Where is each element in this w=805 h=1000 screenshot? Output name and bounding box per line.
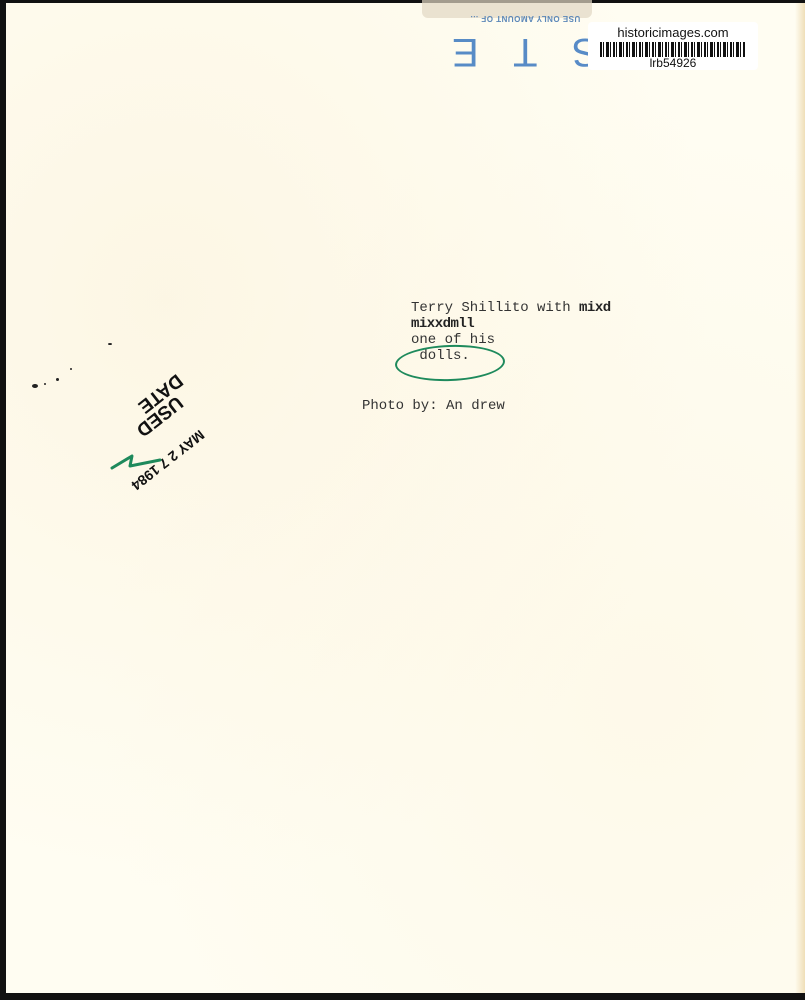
archive-barcode-label: historicimages.com lrb54926	[588, 22, 758, 70]
label-code: lrb54926	[588, 57, 758, 70]
handwritten-z-mark	[110, 448, 165, 473]
barcode-graphic	[600, 42, 746, 57]
ink-speck	[56, 378, 59, 381]
inverted-usage-stamp: USE ONLY AMOUNT OF ...	[470, 14, 580, 23]
struck-text: mixd	[579, 300, 611, 316]
ink-speck	[108, 343, 112, 345]
caption-line-2: mixxdmll	[411, 316, 474, 332]
ink-speck	[70, 368, 72, 370]
photo-back-paper	[6, 3, 805, 993]
paper-edge-shadow	[795, 3, 805, 993]
ink-speck	[44, 383, 46, 385]
ink-speck	[32, 384, 38, 388]
caption-line-1: Terry Shillito with mixd	[411, 300, 611, 316]
label-site: historicimages.com	[588, 26, 758, 40]
photo-credit: Photo by: An drew	[362, 398, 505, 414]
caption-text: Terry Shillito with	[411, 300, 579, 316]
